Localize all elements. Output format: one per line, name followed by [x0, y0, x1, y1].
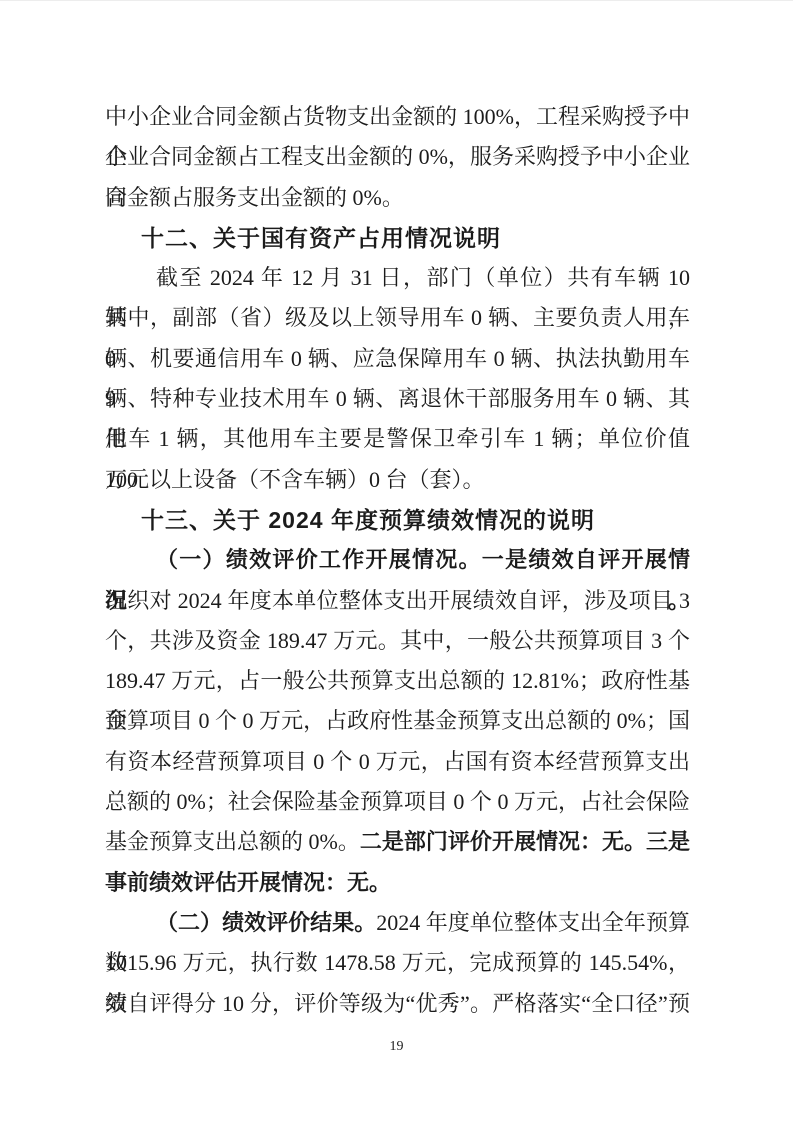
section-heading: 十二、关于国有资产占用情况说明: [105, 218, 690, 258]
document-line: 189.47 万元，占一般公共预算支出总额的 12.81%；政府性基金: [105, 661, 690, 701]
document-line: 其中，副部（省）级及以上领导用车 0 辆、主要负责人用车 0: [105, 298, 690, 338]
text-run: 基金预算支出总额的 0%。: [105, 829, 360, 854]
document-line: 中小企业合同金额占货物支出金额的 100%，工程采购授予中小: [105, 97, 690, 137]
document-line: 企业合同金额占工程支出金额的 0%，服务采购授予中小企业合: [105, 137, 690, 177]
document-line: 预算项目 0 个 0 万元，占政府性基金预算支出总额的 0%；国: [105, 701, 690, 741]
document-line: 基金预算支出总额的 0%。二是部门评价开展情况：无。三是: [105, 822, 690, 862]
document-line: 组织对 2024 年度本单位整体支出开展绩效自评，涉及项目 3: [105, 581, 690, 621]
text-run: 效自评得分 10 分，评价等级为“优秀”。严格落实“全口径”预: [105, 991, 690, 1016]
document-line: 1015.96 万元，执行数 1478.58 万元，完成预算的 145.54%，…: [105, 943, 690, 983]
page-number: 19: [0, 1039, 793, 1055]
text-run: 十二、关于国有资产占用情况说明: [141, 225, 501, 251]
document-line: 用车 1 辆，其他用车主要是警保卫牵引车 1 辆；单位价值 100: [105, 419, 690, 459]
text-run: 总额的 0%；社会保险基金预算项目 0 个 0 万元，占社会保险: [105, 789, 690, 814]
text-run: 十三、关于 2024 年度预算绩效情况的说明: [141, 507, 595, 533]
document-page: 中小企业合同金额占货物支出金额的 100%，工程采购授予中小企业合同金额占工程支…: [0, 0, 793, 1122]
document-line: 辆、特种专业技术用车 0 辆、离退休干部服务用车 0 辆、其他: [105, 379, 690, 419]
text-run: 同金额占服务支出金额的 0%。: [105, 185, 404, 210]
document-line: 截至 2024 年 12 月 31 日，部门（单位）共有车辆 10 辆，: [105, 258, 690, 298]
document-line: 效自评得分 10 分，评价等级为“优秀”。严格落实“全口径”预: [105, 984, 690, 1024]
document-content: 中小企业合同金额占货物支出金额的 100%，工程采购授予中小企业合同金额占工程支…: [105, 97, 690, 1024]
text-run: 万元以上设备（不含车辆）0 台（套）。: [105, 467, 485, 492]
text-run: 二是部门评价开展情况：无。三是: [360, 829, 690, 854]
document-line: （一）绩效评价工作开展情况。一是绩效自评开展情况。: [105, 540, 690, 580]
document-line: 个，共涉及资金 189.47 万元。其中，一般公共预算项目 3 个: [105, 621, 690, 661]
text-run: 事前绩效评估开展情况：无。: [105, 870, 391, 895]
document-line: 事前绩效评估开展情况：无。: [105, 863, 690, 903]
document-line: 有资本经营预算项目 0 个 0 万元，占国有资本经营预算支出: [105, 742, 690, 782]
document-line: 同金额占服务支出金额的 0%。: [105, 178, 690, 218]
text-run: 组织对 2024 年度本单位整体支出开展绩效自评，涉及项目 3: [105, 588, 690, 613]
text-run: 有资本经营预算项目 0 个 0 万元，占国有资本经营预算支出: [105, 749, 690, 774]
document-line: 辆、机要通信用车 0 辆、应急保障用车 0 辆、执法执勤用车 9: [105, 339, 690, 379]
document-line: （二）绩效评价结果。2024 年度单位整体支出全年预算数: [105, 903, 690, 943]
text-run: 个，共涉及资金 189.47 万元。其中，一般公共预算项目 3 个: [105, 628, 690, 653]
text-run: （二）绩效评价结果。: [156, 910, 376, 935]
document-line: 总额的 0%；社会保险基金预算项目 0 个 0 万元，占社会保险: [105, 782, 690, 822]
text-run: 预算项目 0 个 0 万元，占政府性基金预算支出总额的 0%；国: [105, 708, 690, 733]
document-line: 万元以上设备（不含车辆）0 台（套）。: [105, 460, 690, 500]
section-heading: 十三、关于 2024 年度预算绩效情况的说明: [105, 500, 690, 540]
